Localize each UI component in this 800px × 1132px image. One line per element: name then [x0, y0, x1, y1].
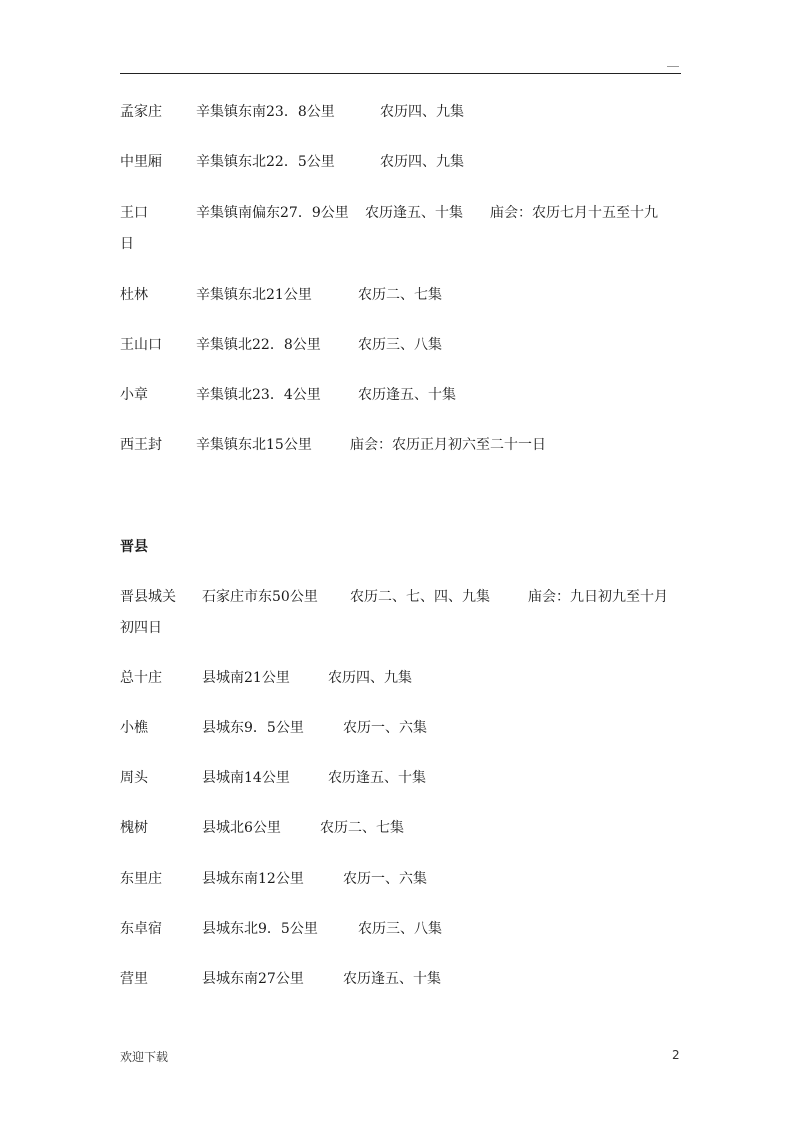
location: 石家庄市东50公里 — [202, 587, 318, 607]
market-days: 农历二、七集 — [320, 818, 404, 838]
location: 辛集镇东北22．5公里 — [196, 152, 335, 172]
place-name: 营里 — [120, 969, 148, 989]
market-days: 农历四、九集 — [380, 102, 464, 122]
market-days: 农历逢五、十集 — [328, 768, 426, 788]
location: 县城东北9．5公里 — [202, 919, 318, 939]
location: 辛集镇南偏东27．9公里 — [196, 203, 349, 223]
location: 县城东南12公里 — [202, 869, 304, 889]
place-name: 小樵 — [120, 718, 148, 738]
place-name: 槐树 — [120, 818, 148, 838]
location: 县城南14公里 — [202, 768, 290, 788]
place-name: 王山口 — [120, 335, 162, 355]
temple-fair: 庙会：农历七月十五至十九 — [490, 203, 658, 223]
market-days: 农历三、八集 — [358, 919, 442, 939]
market-days: 农历四、九集 — [380, 152, 464, 172]
market-days: 农历二、七集 — [358, 285, 442, 305]
market-days: 农历一、六集 — [343, 869, 427, 889]
place-name: 小章 — [120, 385, 148, 405]
place-name: 东卓宿 — [120, 919, 162, 939]
place-name: 西王封 — [120, 435, 162, 455]
temple-fair: 庙会：九日初九至十月 — [528, 587, 668, 607]
market-days: 农历四、九集 — [328, 668, 412, 688]
list-item: 西王封 辛集镇东北15公里 庙会：农历正月初六至二十一日 — [120, 435, 138, 535]
place-name: 晋县城关 — [120, 587, 176, 607]
place-name: 总十庄 — [120, 668, 162, 688]
location: 辛集镇北22．8公里 — [196, 335, 321, 355]
market-days: 农历逢五、十集 — [343, 969, 441, 989]
temple-fair: 庙会：农历正月初六至二十一日 — [350, 435, 546, 455]
location: 辛集镇东北21公里 — [196, 285, 312, 305]
location: 县城北6公里 — [202, 818, 281, 838]
location: 辛集镇东南23．8公里 — [196, 102, 335, 122]
location: 县城东南27公里 — [202, 969, 304, 989]
location: 辛集镇北23．4公里 — [196, 385, 321, 405]
document-page: 孟家庄 辛集镇东南23．8公里 农历四、九集 中里厢 辛集镇东北22．5公里 农… — [0, 0, 800, 1132]
location: 县城南21公里 — [202, 668, 290, 688]
temple-fair-wrap: 日 — [120, 234, 134, 254]
page-number: 2 — [672, 1048, 680, 1062]
place-name: 中里厢 — [120, 152, 162, 172]
location: 县城东9．5公里 — [202, 718, 304, 738]
market-days: 农历逢五、十集 — [365, 203, 463, 223]
location: 辛集镇东北15公里 — [196, 435, 312, 455]
market-days: 农历逢五、十集 — [358, 385, 456, 405]
temple-fair-wrap: 初四日 — [120, 618, 162, 638]
place-name: 王口 — [120, 203, 148, 223]
header-mark — [667, 66, 679, 67]
footer-text: 欢迎下载 — [120, 1048, 168, 1065]
section-heading: 晋县 — [120, 537, 148, 557]
place-name: 东里庄 — [120, 869, 162, 889]
header-rule — [120, 73, 681, 74]
market-days: 农历一、六集 — [343, 718, 427, 738]
market-days: 农历二、七、四、九集 — [350, 587, 490, 607]
market-days: 农历三、八集 — [358, 335, 442, 355]
place-name: 杜林 — [120, 285, 148, 305]
place-name: 孟家庄 — [120, 102, 162, 122]
place-name: 周头 — [120, 768, 148, 788]
